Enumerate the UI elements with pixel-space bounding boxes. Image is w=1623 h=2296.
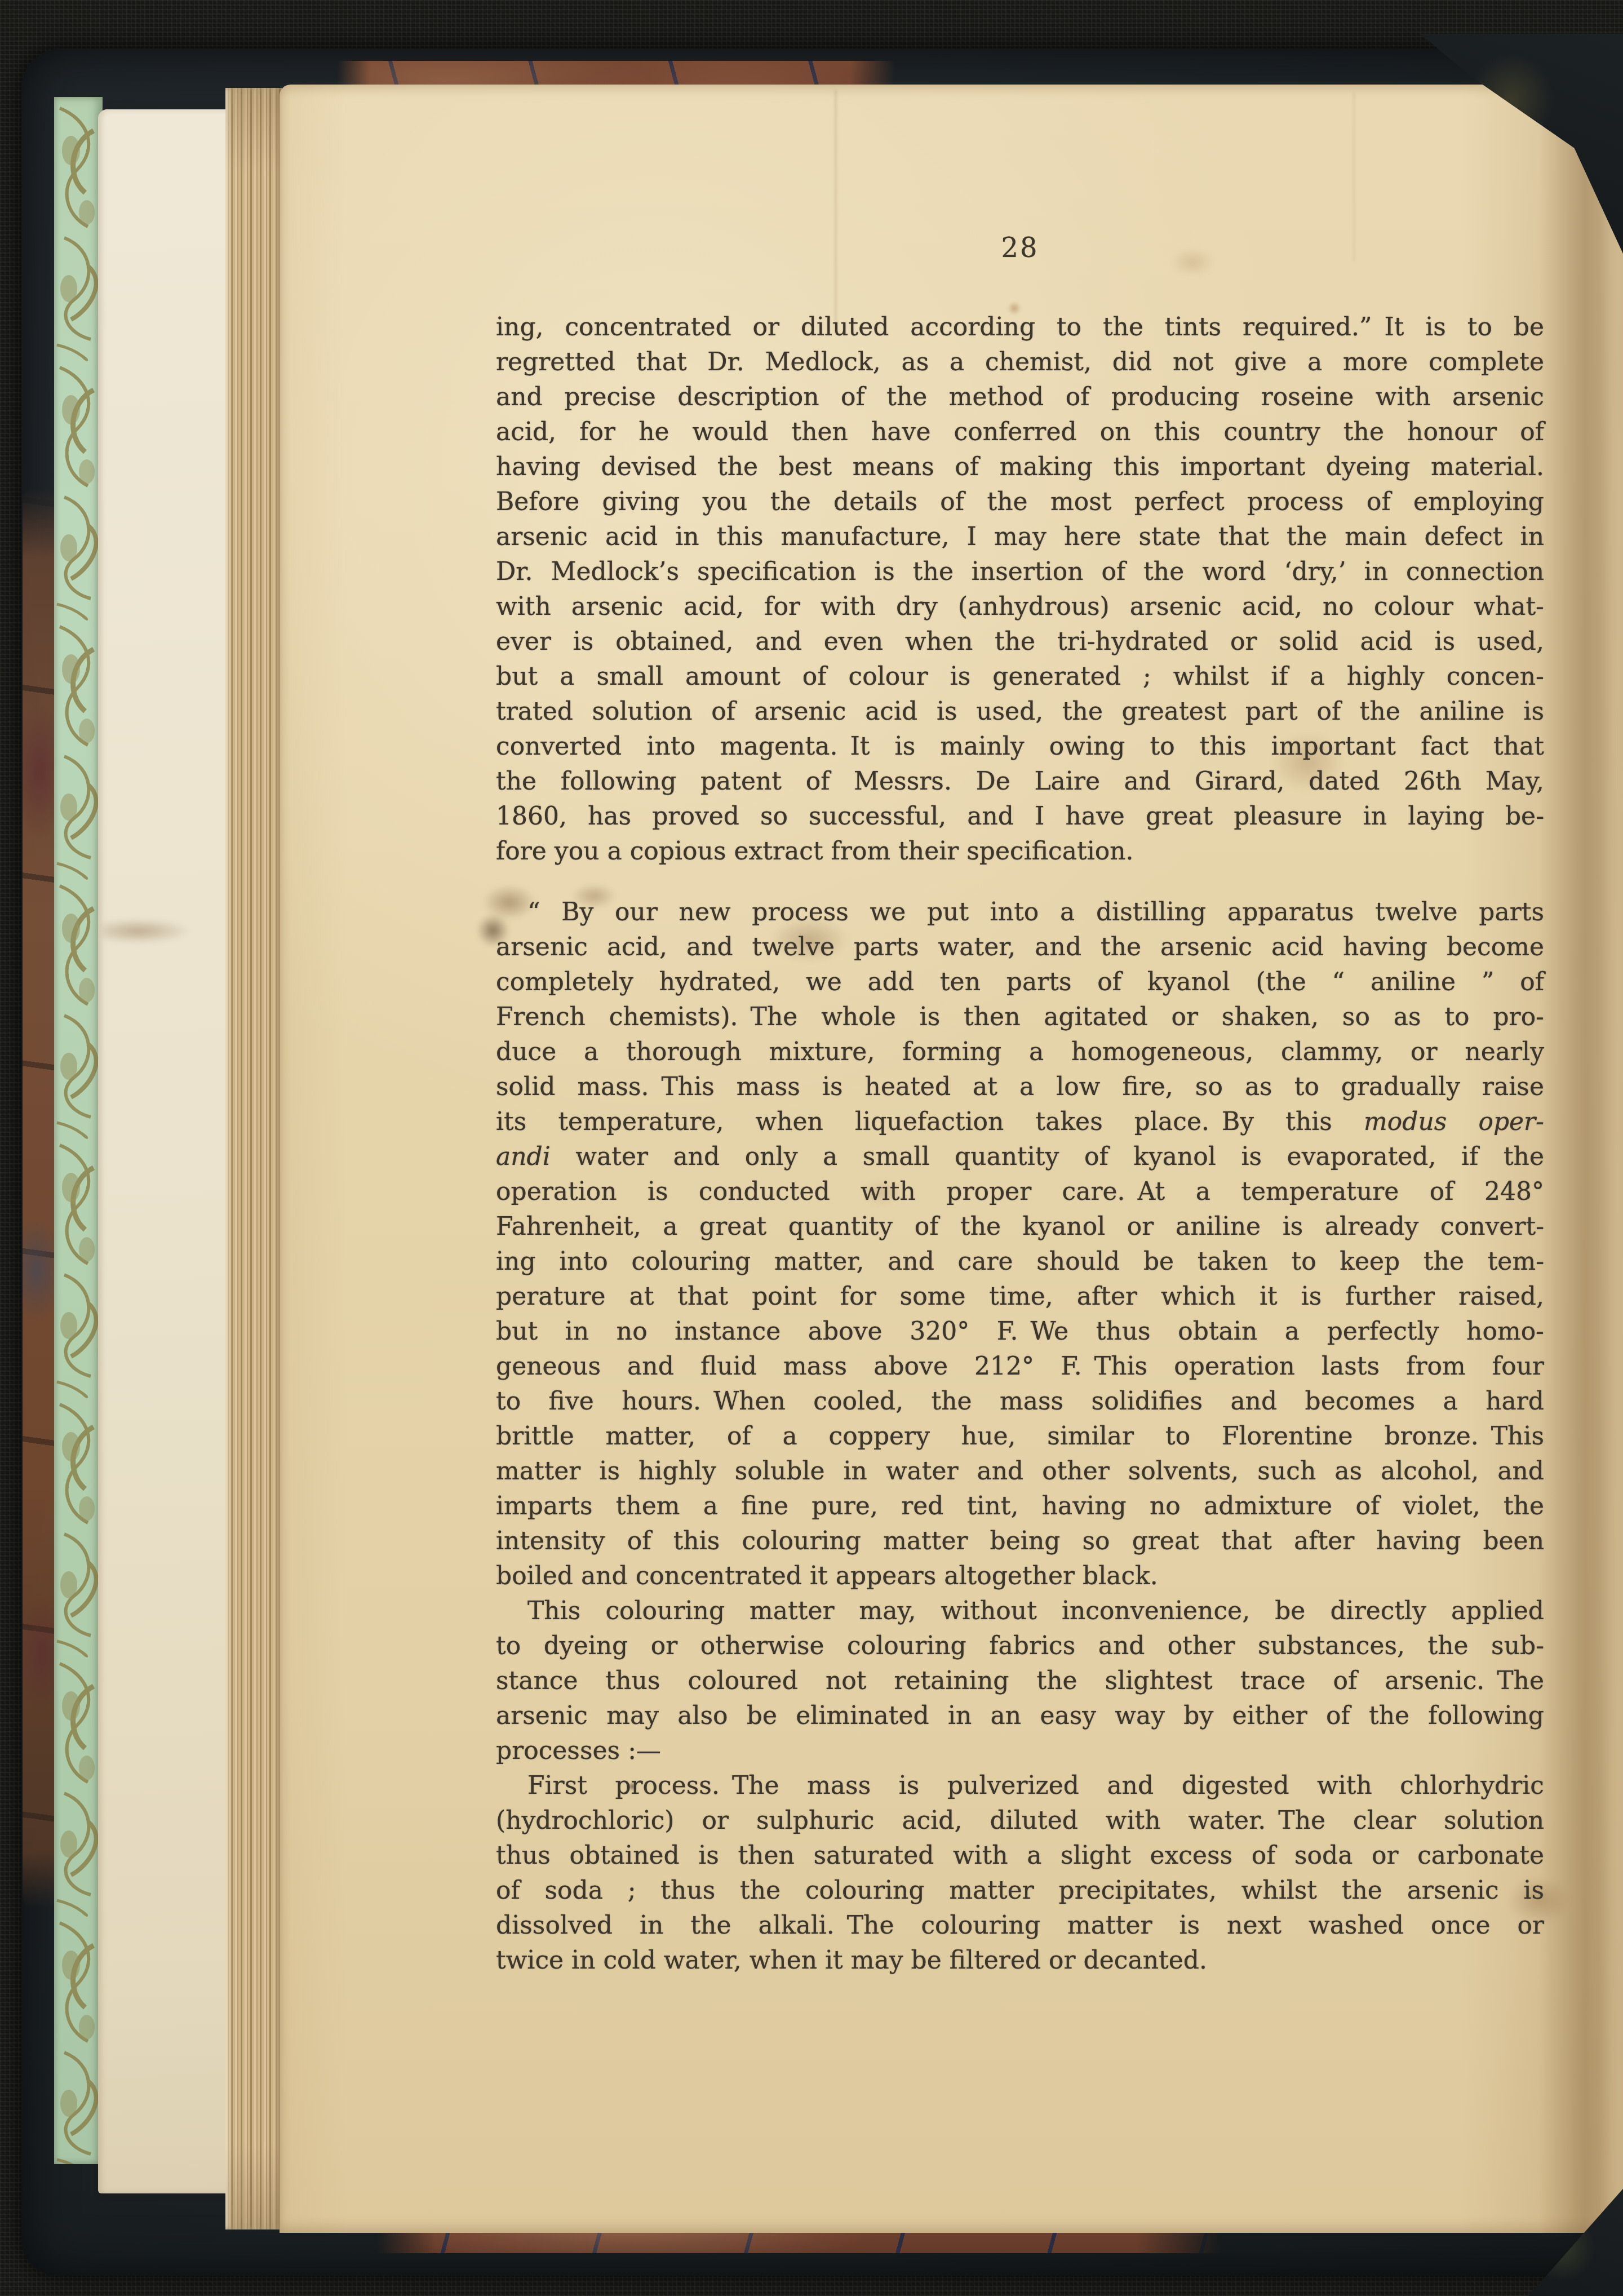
- text-segment: ing, concentrated or diluted according t…: [496, 313, 1544, 342]
- text-line: ing into colouring matter, and care shou…: [496, 1244, 1544, 1279]
- text-segment: imparts them a fine pure, red tint, havi…: [496, 1492, 1544, 1521]
- text-line: dissolved in the alkali. The colouring m…: [496, 1908, 1544, 1943]
- text-segment: but a small amount of colour is generate…: [496, 662, 1544, 691]
- page-content: 28 ing, concentrated or diluted accordin…: [280, 85, 1623, 2233]
- text-line: trated solution of arsenic acid is used,…: [496, 694, 1544, 729]
- text-line: matter is highly soluble in water and ot…: [496, 1454, 1544, 1489]
- text-line: perature at that point for some time, af…: [496, 1279, 1544, 1314]
- text-segment: thus obtained is then saturated with a s…: [496, 1841, 1544, 1870]
- endpaper-marbled-strip: [54, 97, 103, 2164]
- text-segment: Dr. Medlock’s specification is the inser…: [496, 557, 1544, 586]
- text-line: solid mass. This mass is heated at a low…: [496, 1070, 1544, 1105]
- text-segment: water and only a small quantity of kyano…: [551, 1142, 1544, 1171]
- text-block: ing, concentrated or diluted according t…: [496, 310, 1544, 1978]
- text-line: to five hours. When cooled, the mass sol…: [496, 1384, 1544, 1419]
- text-segment: to dyeing or otherwise colouring fabrics…: [496, 1632, 1544, 1660]
- text-segment: brittle matter, of a coppery hue, simila…: [496, 1422, 1544, 1451]
- text-segment: trated solution of arsenic acid is used,…: [496, 697, 1544, 726]
- text-line: but a small amount of colour is generate…: [496, 659, 1544, 694]
- text-line: having devised the best means of making …: [496, 450, 1544, 485]
- paragraph: First process. The mass is pulverized an…: [496, 1768, 1544, 1978]
- text-line: Fahrenheit, a great quantity of the kyan…: [496, 1209, 1544, 1244]
- text-line: and precise description of the method of…: [496, 380, 1544, 415]
- scanned-book-photo: { "page": { "number": "28", "paragraphs"…: [0, 0, 1623, 2296]
- text-line: arsenic acid, and twelve parts water, an…: [496, 930, 1544, 965]
- text-line: the following patent of Messrs. De Laire…: [496, 764, 1544, 799]
- text-line: ever is obtained, and even when the tri-…: [496, 624, 1544, 659]
- flyleaf-blank-page: [98, 109, 229, 2193]
- text-line: (hydrochloric) or sulphuric acid, dilute…: [496, 1803, 1544, 1838]
- text-segment: of soda ; thus the colouring matter prec…: [496, 1876, 1544, 1905]
- text-segment: completely hydrated, we add ten parts of…: [496, 968, 1544, 996]
- text-line: brittle matter, of a coppery hue, simila…: [496, 1419, 1544, 1454]
- text-line: French chemists). The whole is then agit…: [496, 1000, 1544, 1035]
- text-line: imparts them a fine pure, red tint, havi…: [496, 1489, 1544, 1524]
- text-segment: solid mass. This mass is heated at a low…: [496, 1072, 1544, 1101]
- text-segment: the following patent of Messrs. De Laire…: [496, 767, 1544, 796]
- text-line: processes :—: [496, 1734, 1544, 1768]
- text-line: its temperature, when liquefaction takes…: [496, 1105, 1544, 1140]
- page-number: 28: [496, 232, 1544, 264]
- italic-text: modus oper-: [1364, 1107, 1544, 1136]
- text-segment: arsenic acid in this manufacture, I may …: [496, 522, 1544, 551]
- text-line: andi water and only a small quantity of …: [496, 1140, 1544, 1174]
- paragraph: “ By our new process we put into a disti…: [496, 895, 1544, 1594]
- text-segment: ever is obtained, and even when the tri-…: [496, 627, 1544, 656]
- text-segment: to five hours. When cooled, the mass sol…: [496, 1387, 1544, 1416]
- text-line: fore you a copious extract from their sp…: [496, 834, 1544, 869]
- text-segment: First process. The mass is pulverized an…: [527, 1771, 1544, 1800]
- text-line: acid, for he would then have conferred o…: [496, 415, 1544, 450]
- text-segment: dissolved in the alkali. The colouring m…: [496, 1911, 1544, 1940]
- text-line: but in no instance above 320° F. We thus…: [496, 1314, 1544, 1349]
- endpaper-floral-pattern: [54, 97, 103, 2164]
- text-segment: fore you a copious extract from their sp…: [496, 837, 1134, 866]
- text-segment: twice in cold water, when it may be filt…: [496, 1946, 1207, 1975]
- text-line: operation is conducted with proper care.…: [496, 1174, 1544, 1209]
- text-segment: and precise description of the method of…: [496, 383, 1544, 411]
- text-segment: (hydrochloric) or sulphuric acid, dilute…: [496, 1806, 1544, 1835]
- text-segment: converted into magenta. It is mainly owi…: [496, 732, 1544, 761]
- text-segment: This colouring matter may, without incon…: [527, 1597, 1544, 1625]
- text-segment: regretted that Dr. Medlock, as a chemist…: [496, 348, 1544, 376]
- text-segment: ing into colouring matter, and care shou…: [496, 1247, 1544, 1276]
- text-segment: stance thus coloured not retaining the s…: [496, 1666, 1544, 1695]
- text-line: completely hydrated, we add ten parts of…: [496, 965, 1544, 1000]
- text-segment: French chemists). The whole is then agit…: [496, 1003, 1544, 1031]
- text-line: arsenic acid in this manufacture, I may …: [496, 520, 1544, 555]
- text-line: ing, concentrated or diluted according t…: [496, 310, 1544, 345]
- paragraph: This colouring matter may, without incon…: [496, 1594, 1544, 1768]
- marbled-board-edge-left: [23, 488, 56, 1908]
- text-segment: perature at that point for some time, af…: [496, 1282, 1544, 1311]
- paragraph: ing, concentrated or diluted according t…: [496, 310, 1544, 869]
- text-line: stance thus coloured not retaining the s…: [496, 1664, 1544, 1699]
- text-segment: operation is conducted with proper care.…: [496, 1177, 1544, 1206]
- page-edge-stack: [225, 88, 282, 2229]
- text-line: geneous and fluid mass above 212° F. Thi…: [496, 1349, 1544, 1384]
- text-segment: but in no instance above 320° F. We thus…: [496, 1317, 1544, 1346]
- text-segment: Fahrenheit, a great quantity of the kyan…: [496, 1212, 1544, 1241]
- text-line: duce a thorough mixture, forming a homog…: [496, 1035, 1544, 1070]
- text-line: Dr. Medlock’s specification is the inser…: [496, 555, 1544, 589]
- italic-text: andi: [496, 1142, 551, 1171]
- text-segment: processes :—: [496, 1736, 661, 1765]
- text-segment: matter is highly soluble in water and ot…: [496, 1457, 1544, 1486]
- text-line: thus obtained is then saturated with a s…: [496, 1838, 1544, 1873]
- text-line: with arsenic acid, for with dry (anhydro…: [496, 589, 1544, 624]
- text-segment: intensity of this colouring matter being…: [496, 1527, 1544, 1555]
- text-segment: arsenic acid, and twelve parts water, an…: [496, 933, 1544, 961]
- text-line: Before giving you the details of the mos…: [496, 485, 1544, 520]
- text-segment: having devised the best means of making …: [496, 453, 1544, 481]
- text-segment: arsenic may also be eliminated in an eas…: [496, 1701, 1544, 1730]
- text-segment: its temperature, when liquefaction takes…: [496, 1107, 1364, 1136]
- text-line: 1860, has proved so successful, and I ha…: [496, 799, 1544, 834]
- text-line: to dyeing or otherwise colouring fabrics…: [496, 1629, 1544, 1664]
- stain: [103, 914, 221, 948]
- text-segment: acid, for he would then have conferred o…: [496, 418, 1544, 446]
- text-segment: Before giving you the details of the mos…: [496, 487, 1544, 516]
- text-segment: geneous and fluid mass above 212° F. Thi…: [496, 1352, 1544, 1381]
- text-line: This colouring matter may, without incon…: [496, 1594, 1544, 1629]
- text-line: First process. The mass is pulverized an…: [496, 1768, 1544, 1803]
- text-line: converted into magenta. It is mainly owi…: [496, 729, 1544, 764]
- text-line: intensity of this colouring matter being…: [496, 1524, 1544, 1559]
- text-line: boiled and concentrated it appears altog…: [496, 1559, 1544, 1594]
- text-line: arsenic may also be eliminated in an eas…: [496, 1699, 1544, 1734]
- text-line: of soda ; thus the colouring matter prec…: [496, 1873, 1544, 1908]
- text-segment: boiled and concentrated it appears altog…: [496, 1562, 1158, 1590]
- book-page: 28 ing, concentrated or diluted accordin…: [280, 85, 1623, 2233]
- text-segment: 1860, has proved so successful, and I ha…: [496, 802, 1544, 831]
- text-segment: duce a thorough mixture, forming a homog…: [496, 1038, 1544, 1066]
- text-line: twice in cold water, when it may be filt…: [496, 1943, 1544, 1978]
- text-line: regretted that Dr. Medlock, as a chemist…: [496, 345, 1544, 380]
- text-line: “ By our new process we put into a disti…: [496, 895, 1544, 930]
- text-segment: with arsenic acid, for with dry (anhydro…: [496, 592, 1544, 621]
- text-segment: “ By our new process we put into a disti…: [527, 898, 1544, 927]
